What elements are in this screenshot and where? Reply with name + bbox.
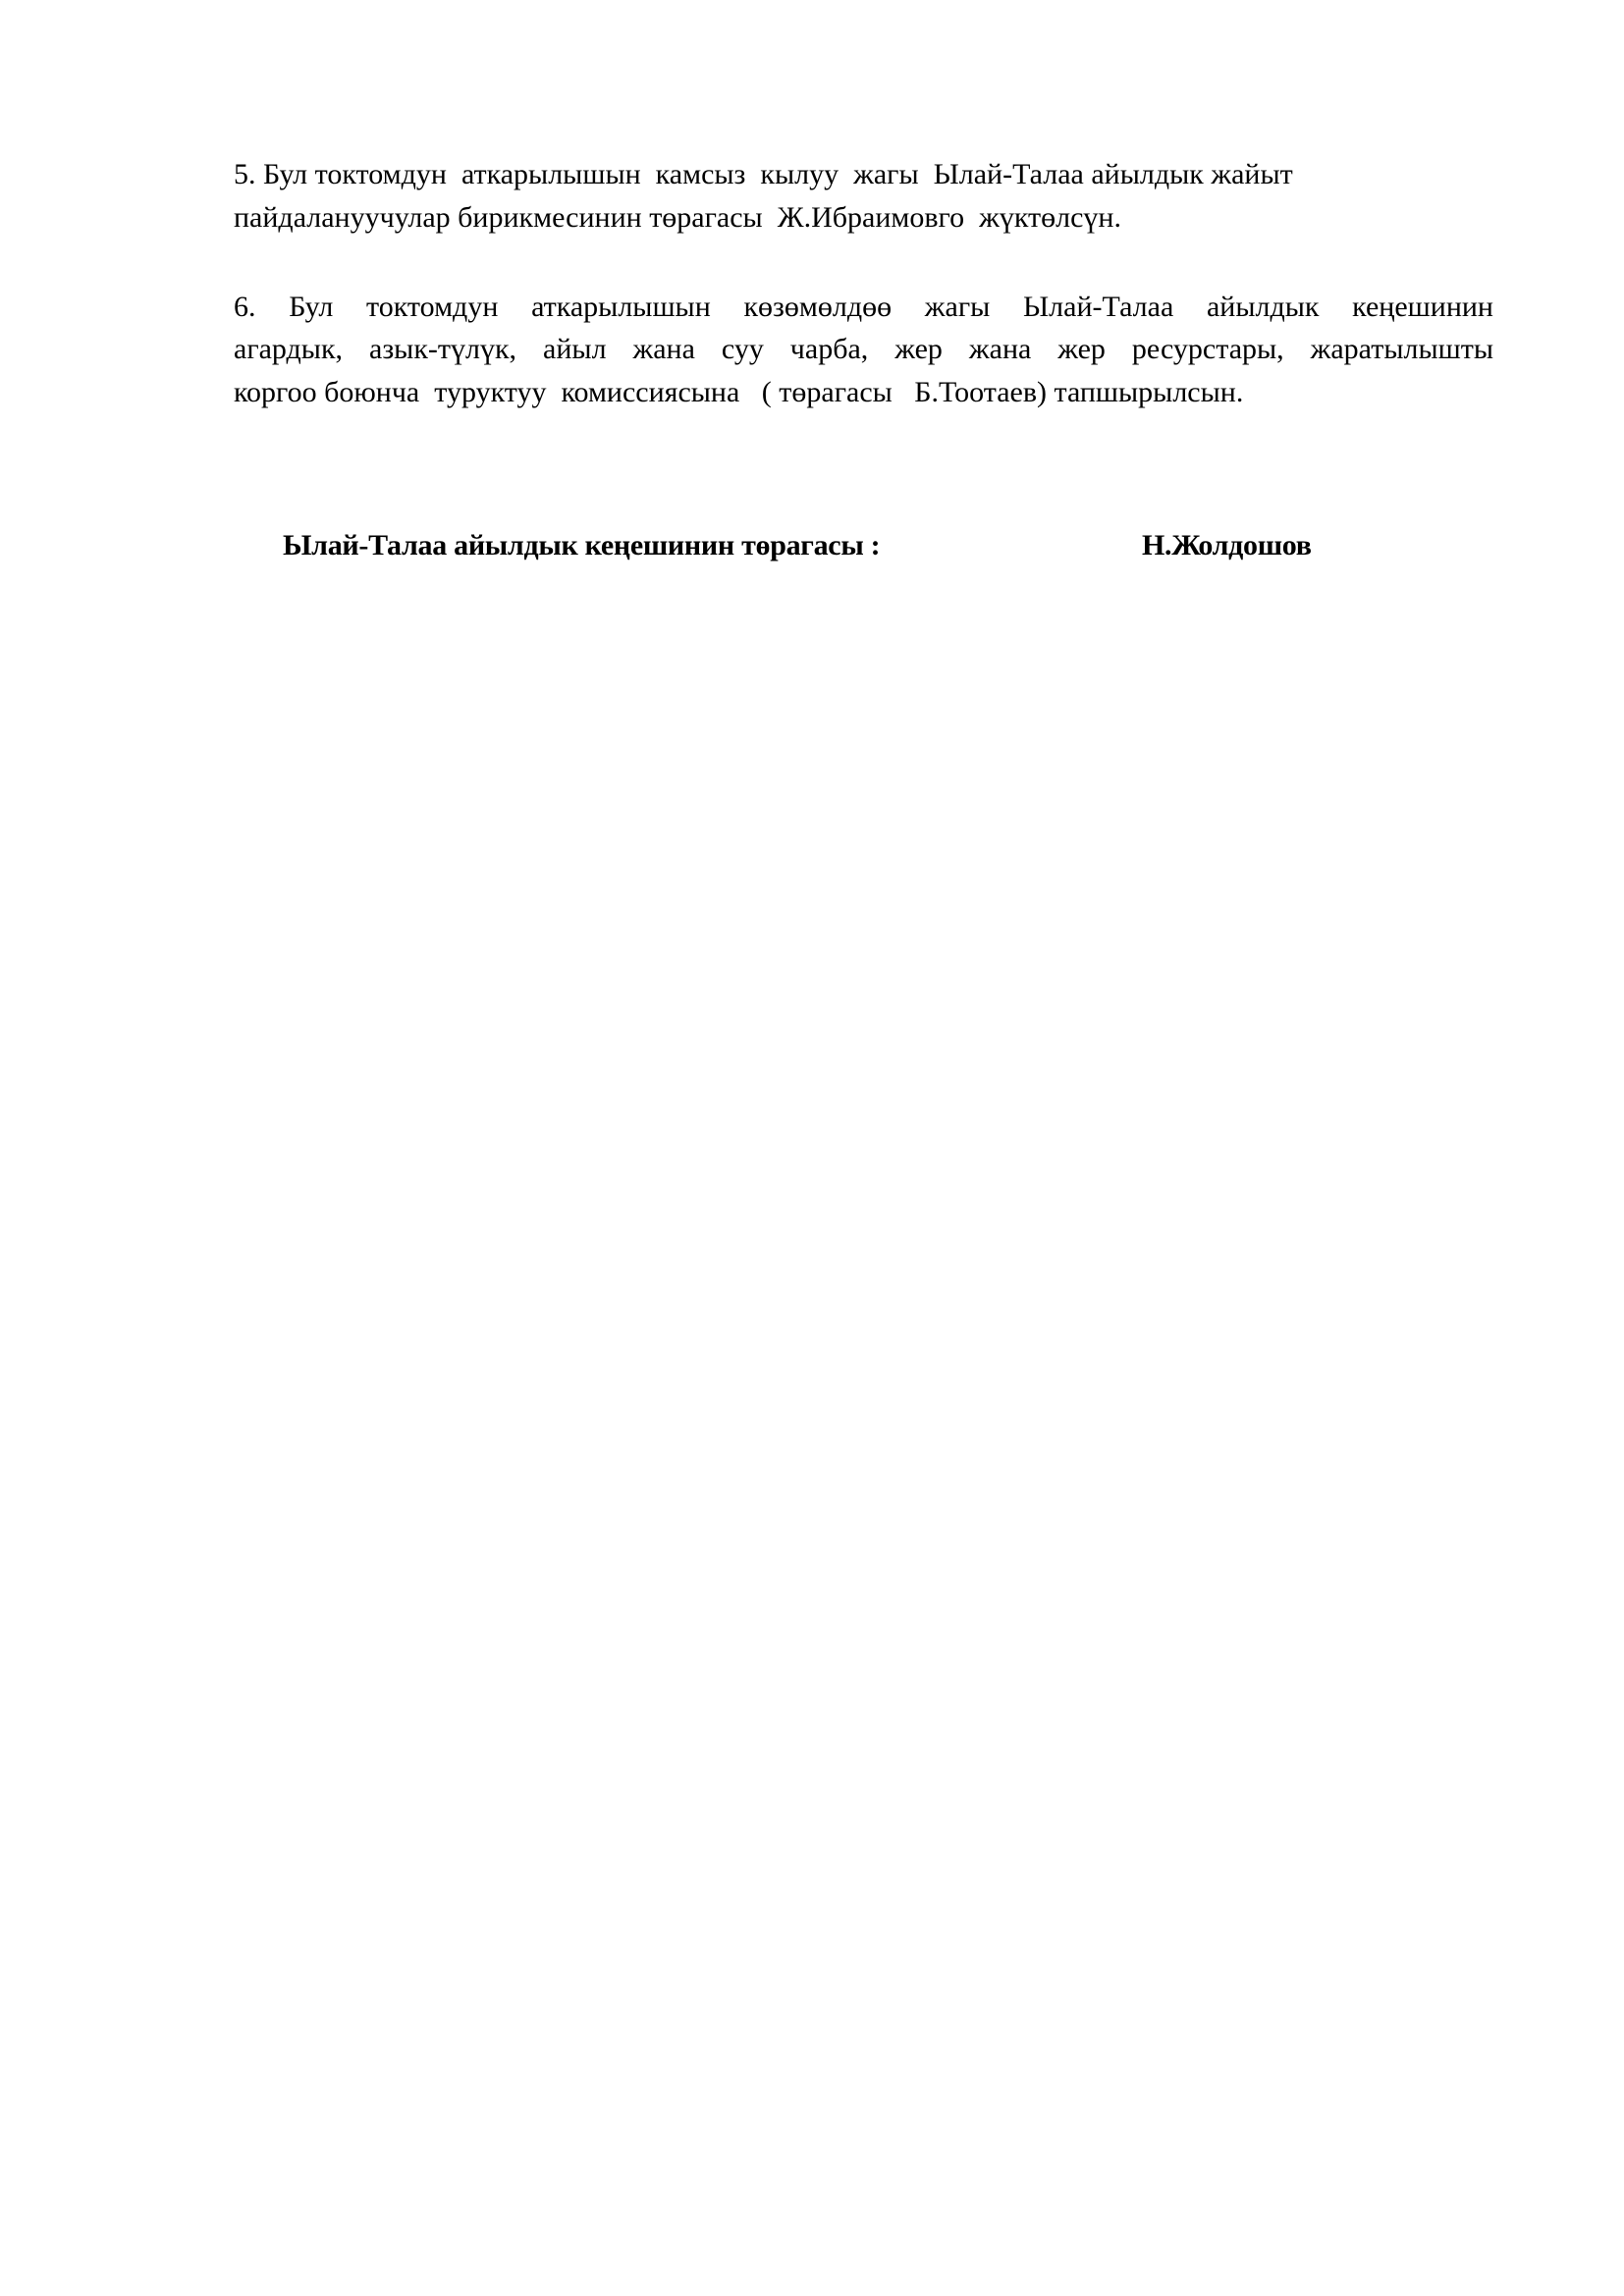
signature-title: Ылай-Талаа айылдык кеңешинин төрагасы :	[283, 528, 880, 563]
paragraph-6-line-1: 6. Бул токтомдун аткарылышын көзөмөлдөө …	[234, 290, 1493, 325]
paragraph-6-line-2: агардык, азык-түлүк, айыл жана суу чарба…	[234, 332, 1493, 367]
paragraph-5-line-1: 5. Бул токтомдун аткарылышын камсыз кылу…	[234, 157, 1293, 192]
document-page: 5. Бул токтомдун аткарылышын камсыз кылу…	[0, 0, 1624, 2296]
paragraph-5-line-2: пайдалануучулар бирикмесинин төрагасы Ж.…	[234, 200, 1121, 236]
paragraph-6-line-3: коргоо боюнча туруктуу комиссиясына ( тө…	[234, 375, 1243, 410]
signature-name: Н.Жолдошов	[1142, 528, 1312, 563]
